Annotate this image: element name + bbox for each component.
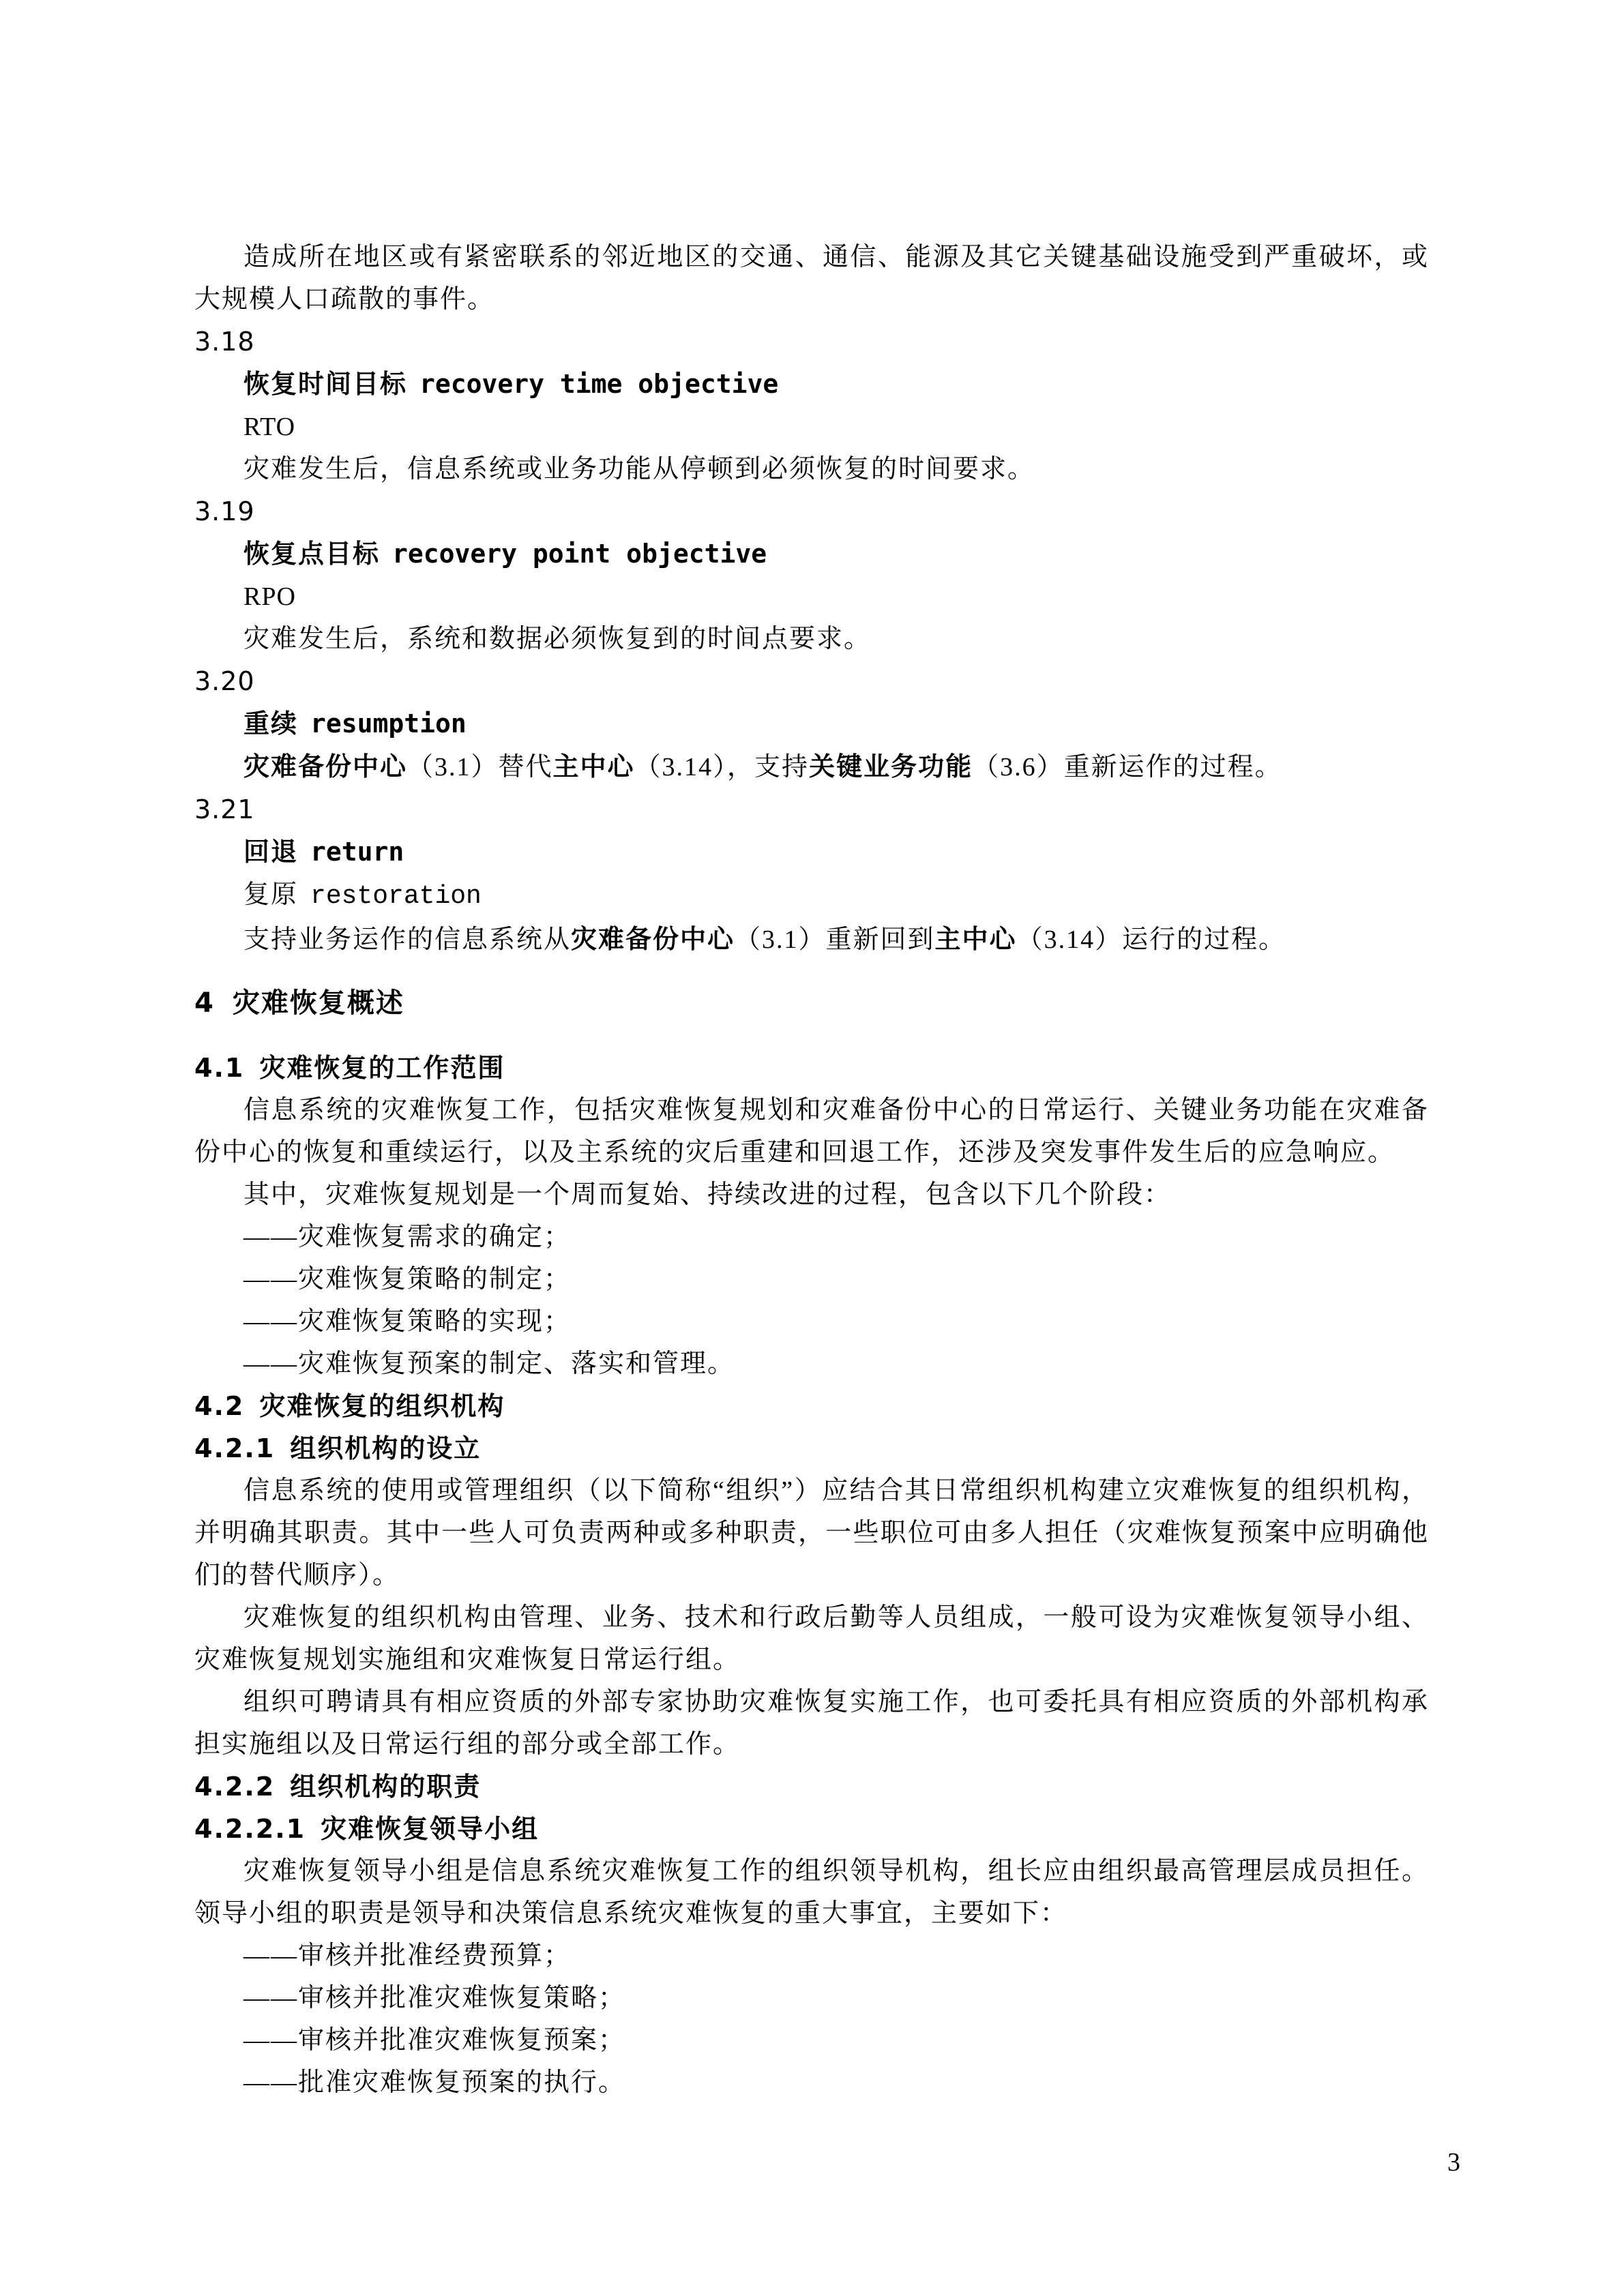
synonym-term-line: 复原restoration — [194, 874, 1429, 918]
term-ref: 主中心 — [935, 924, 1017, 954]
term-zh: 恢复时间目标 — [243, 369, 407, 399]
body-paragraph: 其中，灾难恢复规划是一个周而复始、持续改进的过程，包含以下几个阶段： — [194, 1174, 1429, 1216]
page-number: 3 — [1447, 2141, 1460, 2183]
term-line: 恢复时间目标recovery time objective — [194, 363, 1429, 406]
heading-title: 灾难恢复的组织机构 — [259, 1391, 505, 1421]
dash-list-item: ——灾难恢复需求的确定； — [194, 1216, 1429, 1258]
body-paragraph: 灾难恢复领导小组是信息系统灾难恢复工作的组织领导机构，组长应由组织最高管理层成员… — [194, 1850, 1429, 1935]
definition-text: （3.1）替代 — [407, 753, 553, 781]
definition-text: （3.1）重新回到 — [735, 925, 935, 954]
definition-text: 支持业务运作的信息系统从 — [243, 925, 571, 954]
heading-title: 灾难恢复概述 — [233, 987, 404, 1019]
section-heading-4-2: 4.2灾难恢复的组织机构 — [194, 1385, 1429, 1427]
term-line: 重续resumption — [194, 702, 1429, 745]
term-en: restoration — [310, 882, 482, 911]
heading-number: 4.2.2 — [194, 1772, 275, 1802]
term-zh: 重续 — [243, 709, 298, 739]
term-zh: 恢复点目标 — [243, 539, 380, 569]
definition-line: 支持业务运作的信息系统从灾难备份中心（3.1）重新回到主中心（3.14）运行的过… — [194, 918, 1429, 961]
heading-number: 4.2 — [194, 1391, 244, 1421]
dash-list-item: ——批准灾难恢复预案的执行。 — [194, 2061, 1429, 2104]
term-zh: 回退 — [243, 837, 298, 867]
dash-list-item: ——灾难恢复策略的实现； — [194, 1300, 1429, 1343]
heading-number: 4.2.1 — [194, 1433, 275, 1463]
body-paragraph: 造成所在地区或有紧密联系的邻近地区的交通、通信、能源及其它关键基础设施受到严重破… — [194, 236, 1429, 320]
heading-title: 灾难恢复的工作范围 — [259, 1053, 505, 1083]
definition-text: （3.14）运行的过程。 — [1017, 925, 1286, 954]
term-en: recovery point objective — [392, 539, 767, 569]
definition-text: （3.6）重新运作的过程。 — [973, 753, 1282, 781]
term-ref: 关键业务功能 — [809, 751, 973, 781]
body-paragraph: 组织可聘请具有相应资质的外部专家协助灾难恢复实施工作，也可委托具有相应资质的外部… — [194, 1681, 1429, 1765]
section-heading-4-1: 4.1灾难恢复的工作范围 — [194, 1047, 1429, 1089]
definition-paragraph: 灾难发生后，系统和数据必须恢复到的时间点要求。 — [194, 618, 1429, 660]
section-heading-4-2-1: 4.2.1组织机构的设立 — [194, 1427, 1429, 1470]
heading-title: 组织机构的职责 — [290, 1772, 481, 1802]
term-en: return — [310, 837, 404, 867]
clause-number: 3.21 — [194, 788, 1429, 831]
section-heading-4-2-2-1: 4.2.2.1灾难恢复领导小组 — [194, 1808, 1429, 1850]
term-en: resumption — [310, 709, 467, 739]
heading-number: 4.1 — [194, 1053, 244, 1083]
body-paragraph: 信息系统的使用或管理组织（以下简称“组织”）应结合其日常组织机构建立灾难恢复的组… — [194, 1470, 1429, 1596]
definition-text: （3.14），支持 — [635, 753, 810, 781]
dash-list-item: ——灾难恢复预案的制定、落实和管理。 — [194, 1343, 1429, 1385]
heading-title: 灾难恢复领导小组 — [321, 1814, 539, 1844]
clause-number: 3.19 — [194, 490, 1429, 533]
abbreviation-line: RTO — [194, 406, 1429, 448]
term-ref: 主中心 — [553, 751, 635, 781]
document-page: 造成所在地区或有紧密联系的邻近地区的交通、通信、能源及其它关键基础设施受到严重破… — [0, 0, 1624, 2296]
term-en: recovery time objective — [419, 369, 778, 399]
dash-list-item: ——审核并批准灾难恢复预案； — [194, 2019, 1429, 2061]
term-ref: 灾难备份中心 — [571, 924, 735, 954]
body-paragraph: 信息系统的灾难恢复工作，包括灾难恢复规划和灾难备份中心的日常运行、关键业务功能在… — [194, 1089, 1429, 1174]
clause-number: 3.20 — [194, 660, 1429, 702]
term-line: 回退return — [194, 831, 1429, 874]
dash-list-item: ——审核并批准灾难恢复策略； — [194, 1977, 1429, 2019]
dash-list-item: ——灾难恢复策略的制定； — [194, 1258, 1429, 1300]
term-line: 恢复点目标recovery point objective — [194, 533, 1429, 576]
term-ref: 灾难备份中心 — [243, 751, 407, 781]
clause-number: 3.18 — [194, 320, 1429, 363]
abbreviation-line: RPO — [194, 576, 1429, 618]
definition-line: 灾难备份中心（3.1）替代主中心（3.14），支持关键业务功能（3.6）重新运作… — [194, 745, 1429, 788]
definition-paragraph: 灾难发生后，信息系统或业务功能从停顿到必须恢复的时间要求。 — [194, 448, 1429, 490]
dash-list-item: ——审核并批准经费预算； — [194, 1935, 1429, 1977]
heading-number: 4.2.2.1 — [194, 1814, 306, 1844]
body-paragraph: 灾难恢复的组织机构由管理、业务、技术和行政后勤等人员组成，一般可设为灾难恢复领导… — [194, 1596, 1429, 1681]
section-heading-4: 4灾难恢复概述 — [194, 982, 1429, 1024]
section-heading-4-2-2: 4.2.2组织机构的职责 — [194, 1765, 1429, 1808]
heading-number: 4 — [194, 987, 215, 1019]
term-zh: 复原 — [243, 880, 298, 909]
heading-title: 组织机构的设立 — [290, 1433, 481, 1463]
